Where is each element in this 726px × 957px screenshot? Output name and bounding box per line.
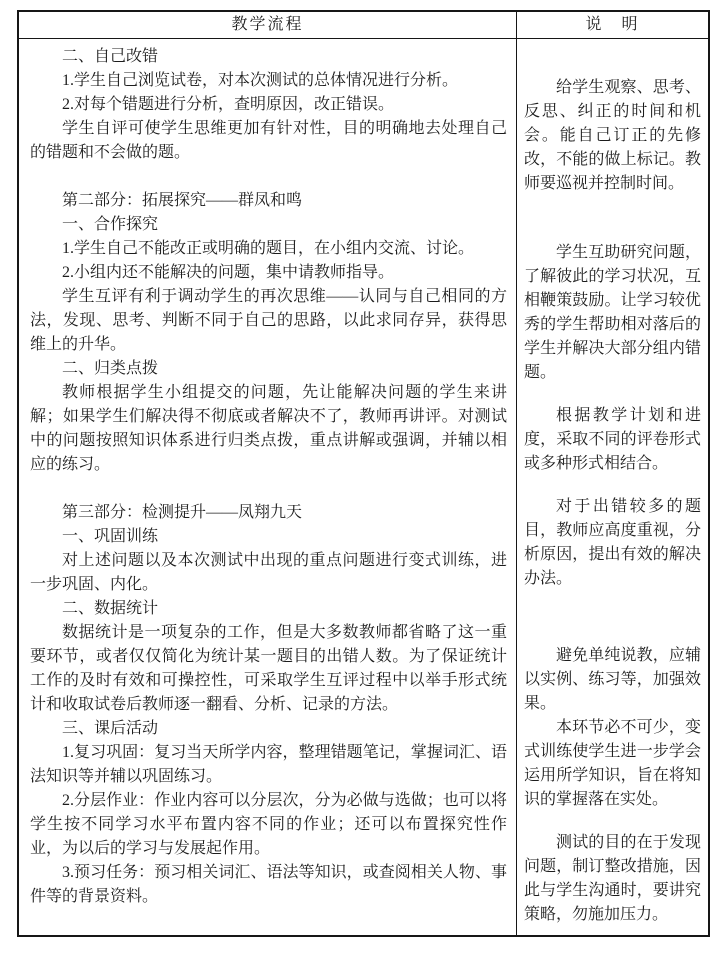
flow-paragraph: 2.分层作业：作业内容可以分层次，分为必做与选做；也可以将学生按不同学习水平布置… (30, 789, 507, 861)
flow-column-header: 教学流程 (19, 12, 517, 38)
flow-section-title: 第二部分：拓展探究——群凤和鸣 (30, 189, 507, 213)
flow-paragraph: 1.学生自己不能改正或明确的题目，在小组内交流、讨论。 (30, 237, 507, 261)
flow-section-title: 第三部分：检测提升——凤翔九天 (30, 501, 507, 525)
note-paragraph: 本环节必不可少，变式训练使学生进一步学会运用所学知识，旨在将知识的掌握落在实处。 (524, 716, 701, 812)
note-paragraph: 学生互助研究问题，了解彼此的学习状况，互相鞭策鼓励。让学习较优秀的学生帮助相对落… (524, 241, 701, 385)
note-paragraph: 避免单纯说教，应辅以实例、练习等，加强效果。 (524, 644, 701, 716)
notes-column-header: 说 明 (517, 12, 708, 38)
flow-paragraph: 二、自己改错 (30, 45, 507, 69)
flow-paragraph: 2.小组内还不能解决的问题，集中请教师指导。 (30, 261, 507, 285)
note-paragraph: 测试的目的在于发现问题，制订整改措施，因此与学生沟通时，要讲究策略，勿施加压力。 (524, 831, 701, 927)
flow-paragraph: 数据统计是一项复杂的工作，但是大多数教师都省略了这一重要环节，或者仅仅简化为统计… (30, 621, 507, 717)
note-paragraph: 对于出错较多的题目，教师应高度重视，分析原因，提出有效的解决办法。 (524, 495, 701, 591)
flow-paragraph: 学生互评有利于调动学生的再次思维——认同与自己相同的方法，发现、思考、判断不同于… (30, 285, 507, 357)
flow-paragraph: 3.预习任务：预习相关词汇、语法等知识，或查阅相关人物、事件等的背景资料。 (30, 861, 507, 909)
flow-paragraph: 1.学生自己浏览试卷，对本次测试的总体情况进行分析。 (30, 69, 507, 93)
flow-paragraph: 一、合作探究 (30, 213, 507, 237)
flow-paragraph: 教师根据学生小组提交的问题，先让能解决问题的学生来讲解；如果学生们解决得不彻底或… (30, 381, 507, 477)
flow-paragraph: 一、巩固训练 (30, 525, 507, 549)
flow-paragraph: 二、归类点拨 (30, 357, 507, 381)
document-page: 教学流程 说 明 二、自己改错 1.学生自己浏览试卷，对本次测试的总体情况进行分… (0, 0, 726, 957)
table-body-row: 二、自己改错 1.学生自己浏览试卷，对本次测试的总体情况进行分析。 2.对每个错… (19, 39, 708, 935)
table-header-row: 教学流程 说 明 (19, 12, 708, 39)
flow-paragraph: 三、课后活动 (30, 717, 507, 741)
flow-paragraph: 对上述问题以及本次测试中出现的重点问题进行变式训练，进一步巩固、内化。 (30, 549, 507, 597)
flow-paragraph: 2.对每个错题进行分析，查明原因，改正错误。 (30, 93, 507, 117)
flow-paragraph: 1.复习巩固：复习当天所学内容，整理错题笔记，掌握词汇、语法知识等并辅以巩固练习… (30, 741, 507, 789)
note-paragraph: 根据教学计划和进度，采取不同的评卷形式或多种形式相结合。 (524, 404, 701, 476)
flow-column: 二、自己改错 1.学生自己浏览试卷，对本次测试的总体情况进行分析。 2.对每个错… (19, 39, 517, 935)
notes-column: 给学生观察、思考、反思、纠正的时间和机会。能自己订正的先修改，不能的做上标记。教… (517, 39, 708, 935)
note-paragraph: 给学生观察、思考、反思、纠正的时间和机会。能自己订正的先修改，不能的做上标记。教… (524, 76, 701, 196)
flow-paragraph: 学生自评可使学生思维更加有针对性，目的明确地去处理自己的错题和不会做的题。 (30, 117, 507, 165)
flow-paragraph: 二、数据统计 (30, 597, 507, 621)
lesson-plan-table: 教学流程 说 明 二、自己改错 1.学生自己浏览试卷，对本次测试的总体情况进行分… (17, 10, 710, 937)
